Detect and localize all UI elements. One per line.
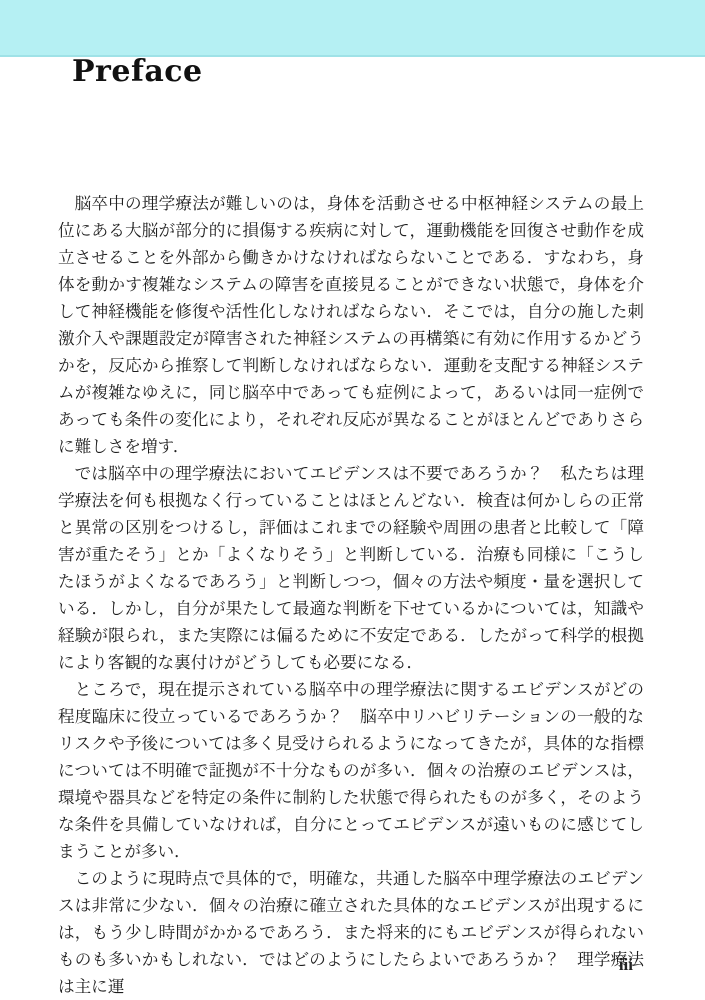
paragraph-4: このように現時点で具体的で，明確な，共通した脳卒中理学療法のエビデンスは非常に少… <box>58 865 644 1000</box>
book-page: { "page": { "title": "Preface", "page_nu… <box>0 0 705 1000</box>
page-title: Preface <box>72 53 203 91</box>
preface-text: 脳卒中の理学療法が難しいのは，身体を活動させる中枢神経システムの最上位にある大脳… <box>58 190 644 1000</box>
page-number: iii <box>619 955 633 975</box>
paragraph-1: 脳卒中の理学療法が難しいのは，身体を活動させる中枢神経システムの最上位にある大脳… <box>58 190 644 460</box>
header-band <box>0 0 705 57</box>
paragraph-3: ところで，現在提示されている脳卒中の理学療法に関するエビデンスがどの程度臨床に役… <box>58 676 644 865</box>
paragraph-2: では脳卒中の理学療法においてエビデンスは不要であろうか？ 私たちは理学療法を何も… <box>58 460 644 676</box>
